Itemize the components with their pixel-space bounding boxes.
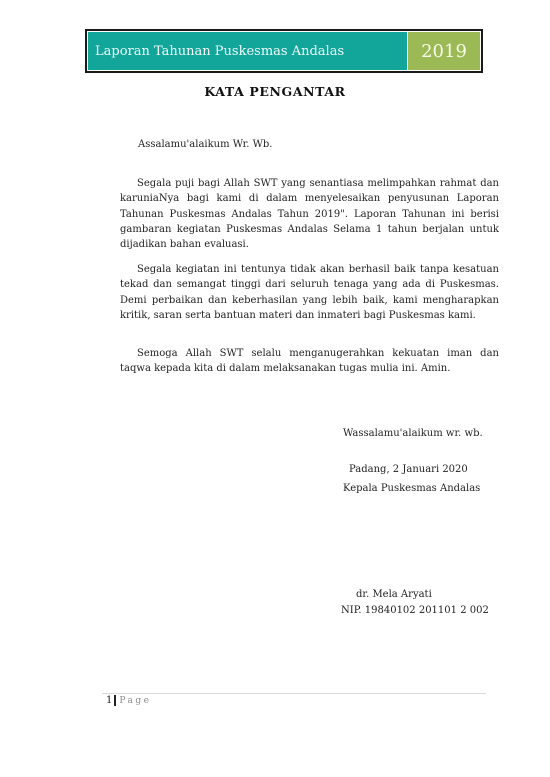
page-title: KATA PENGANTAR — [0, 84, 550, 99]
header-title: Laporan Tahunan Puskesmas Andalas — [88, 32, 407, 70]
running-header: Laporan Tahunan Puskesmas Andalas 2019 — [85, 29, 483, 73]
closing-greeting: Wassalamu'alaikum wr. wb. — [343, 428, 483, 439]
signatory-name: dr. Mela Aryati — [356, 589, 432, 600]
page-label: Page — [119, 696, 151, 706]
paragraph-3: Semoga Allah SWT selalu menganugerahkan … — [120, 346, 499, 377]
greeting: Assalamu'alaikum Wr. Wb. — [138, 139, 273, 150]
page-number: 1 — [106, 695, 112, 706]
footer-separator — [114, 695, 116, 706]
footer-divider — [102, 693, 486, 694]
signatory-position: Kepala Puskesmas Andalas — [343, 483, 480, 494]
page-footer: 1 Page — [106, 695, 151, 706]
city-date: Padang, 2 Januari 2020 — [349, 464, 468, 475]
paragraph-2: Segala kegiatan ini tentunya tidak akan … — [120, 262, 499, 323]
header-year: 2019 — [408, 32, 480, 70]
paragraph-1: Segala puji bagi Allah SWT yang senantia… — [120, 176, 499, 252]
signatory-nip: NIP. 19840102 201101 2 002 — [341, 605, 489, 616]
